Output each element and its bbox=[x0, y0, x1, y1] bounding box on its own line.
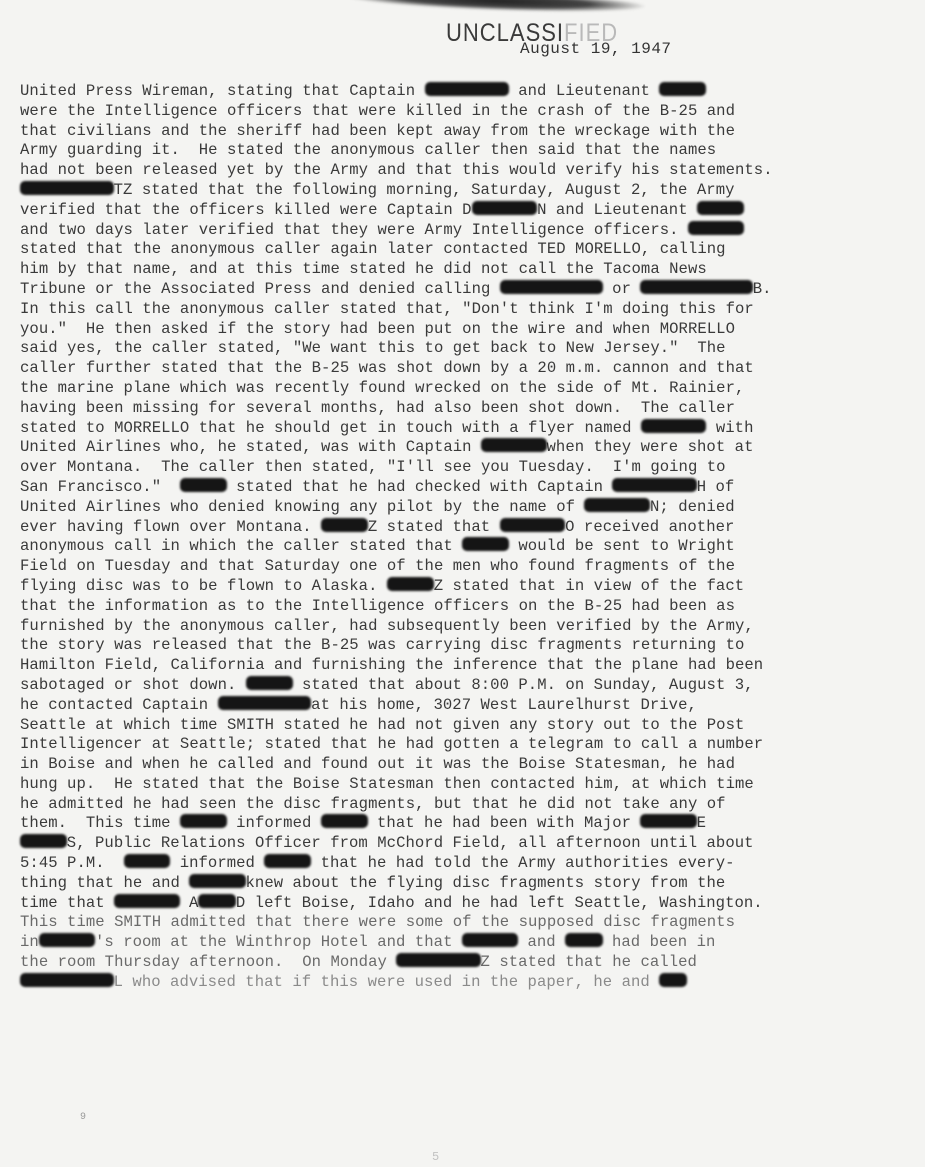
text-segment: stated to MORRELLO that he should get in… bbox=[20, 419, 641, 437]
text-segment: in Boise and when he called and found ou… bbox=[20, 755, 735, 773]
text-line: and two days later verified that they we… bbox=[20, 221, 910, 241]
text-segment: anonymous call in which the caller state… bbox=[20, 537, 462, 555]
redaction-block: xxxxx bbox=[387, 577, 434, 591]
redaction-block: xxxxx bbox=[20, 834, 67, 848]
text-line: sabotaged or shot down. xxxxx stated tha… bbox=[20, 676, 910, 696]
text-segment: B. bbox=[753, 280, 772, 298]
redaction-block: xxxxx bbox=[246, 676, 293, 690]
text-line: over Montana. The caller then stated, "I… bbox=[20, 458, 910, 478]
redaction-block: xxxxxxxxxxx bbox=[500, 280, 603, 294]
text-segment: Intelligencer at Seattle; stated that he… bbox=[20, 735, 763, 753]
text-line: anonymous call in which the caller state… bbox=[20, 537, 910, 557]
page-number: 5 bbox=[432, 1150, 439, 1164]
redaction-block: xxxxxxxxx bbox=[612, 478, 696, 492]
text-segment: Seattle at which time SMITH stated he ha… bbox=[20, 716, 744, 734]
text-line: xxxxxxxxxxTZ stated that the following m… bbox=[20, 181, 910, 201]
redaction-block: xxxxx bbox=[180, 814, 227, 828]
text-segment: knew about the flying disc fragments sto… bbox=[246, 874, 726, 892]
text-segment: A bbox=[180, 894, 199, 912]
text-segment: Z stated that bbox=[368, 518, 500, 536]
text-segment: would be sent to Wright bbox=[509, 537, 735, 555]
redaction-block: xxxxx bbox=[659, 82, 706, 96]
text-line: Hamilton Field, California and furnishin… bbox=[20, 656, 910, 676]
text-segment: hung up. He stated that the Boise States… bbox=[20, 775, 754, 793]
text-line: 5:45 P.M. xxxxx informed xxxxx that he h… bbox=[20, 854, 910, 874]
text-segment: informed bbox=[227, 814, 321, 832]
redaction-block: xxxxx bbox=[697, 201, 744, 215]
text-segment: N and Lieutenant bbox=[537, 201, 697, 219]
document-body: United Press Wireman, stating that Capta… bbox=[20, 82, 910, 993]
text-segment: United Press Wireman, stating that Capta… bbox=[20, 82, 425, 100]
text-line: inxxxxxx's room at the Winthrop Hotel an… bbox=[20, 933, 910, 953]
text-line: that civilians and the sheriff had been … bbox=[20, 122, 910, 142]
text-segment: and two days later verified that they we… bbox=[20, 221, 688, 239]
redaction-block: xxxxxx bbox=[462, 933, 518, 947]
redaction-block: xxxxxxx bbox=[584, 498, 650, 512]
redaction-block: xxxxxxx bbox=[500, 518, 566, 532]
text-segment: caller further stated that the B-25 was … bbox=[20, 359, 754, 377]
text-segment: over Montana. The caller then stated, "I… bbox=[20, 458, 726, 476]
text-line: stated to MORRELLO that he should get in… bbox=[20, 419, 910, 439]
text-segment: he contacted Captain bbox=[20, 696, 218, 714]
text-segment: that civilians and the sheriff had been … bbox=[20, 122, 735, 140]
redaction-block: xxx bbox=[659, 973, 687, 987]
text-line: thing that he and xxxxxxknew about the f… bbox=[20, 874, 910, 894]
redaction-block: xxxxxx bbox=[189, 874, 245, 888]
text-line: San Francisco." xxxxx stated that he had… bbox=[20, 478, 910, 498]
text-line: the room Thursday afternoon. On Monday x… bbox=[20, 953, 910, 973]
text-segment: In this call the anonymous caller stated… bbox=[20, 300, 754, 318]
text-line: In this call the anonymous caller stated… bbox=[20, 300, 910, 320]
footer-mark: 9 bbox=[80, 1112, 86, 1123]
text-line: Field on Tuesday and that Saturday one o… bbox=[20, 557, 910, 577]
text-line: Seattle at which time SMITH stated he ha… bbox=[20, 716, 910, 736]
text-segment: the marine plane which was recently foun… bbox=[20, 379, 744, 397]
text-segment: the story was released that the B-25 was… bbox=[20, 636, 744, 654]
text-line: This time SMITH admitted that there were… bbox=[20, 913, 910, 933]
text-line: furnished by the anonymous caller, had s… bbox=[20, 617, 910, 637]
document-date: August 19, 1947 bbox=[520, 40, 672, 58]
text-segment: Z stated that he called bbox=[481, 953, 697, 971]
redaction-block: xxxxxxxxx bbox=[425, 82, 509, 96]
text-segment: stated that about 8:00 P.M. on Sunday, A… bbox=[293, 676, 754, 694]
text-segment: 's room at the Winthrop Hotel and that bbox=[95, 933, 462, 951]
text-segment: sabotaged or shot down. bbox=[20, 676, 246, 694]
text-segment: and Lieutenant bbox=[509, 82, 660, 100]
text-segment: that he had told the Army authorities ev… bbox=[311, 854, 734, 872]
text-segment: them. This time bbox=[20, 814, 180, 832]
text-segment: and bbox=[518, 933, 565, 951]
redaction-block: xxxxx bbox=[321, 814, 368, 828]
text-line: stated that the anonymous caller again l… bbox=[20, 240, 910, 260]
text-segment: L who advised that if this were used in … bbox=[114, 973, 660, 991]
text-line: Army guarding it. He stated the anonymou… bbox=[20, 141, 910, 161]
text-segment: ever having flown over Montana. bbox=[20, 518, 321, 536]
text-line: caller further stated that the B-25 was … bbox=[20, 359, 910, 379]
text-segment: Z stated that in view of the fact bbox=[434, 577, 744, 595]
text-segment: Hamilton Field, California and furnishin… bbox=[20, 656, 763, 674]
text-segment: San Francisco." bbox=[20, 478, 180, 496]
text-segment: O received another bbox=[565, 518, 734, 536]
text-line: were the Intelligence officers that were… bbox=[20, 102, 910, 122]
text-line: United Airlines who denied knowing any p… bbox=[20, 498, 910, 518]
text-line: United Airlines who, he stated, was with… bbox=[20, 438, 910, 458]
text-segment: in bbox=[20, 933, 39, 951]
text-segment: Tribune or the Associated Press and deni… bbox=[20, 280, 500, 298]
text-segment: he admitted he had seen the disc fragmen… bbox=[20, 795, 726, 813]
redaction-block: xxxxx bbox=[462, 537, 509, 551]
text-segment: thing that he and bbox=[20, 874, 189, 892]
redaction-block: xxxxx bbox=[124, 854, 171, 868]
redaction-block: xxxxxx bbox=[640, 814, 696, 828]
redaction-block: xxxxxxxxxxxx bbox=[640, 280, 752, 294]
text-segment: United Airlines who denied knowing any p… bbox=[20, 498, 584, 516]
text-segment: informed bbox=[170, 854, 264, 872]
redaction-block: xxxxxxx bbox=[114, 894, 180, 908]
text-line: United Press Wireman, stating that Capta… bbox=[20, 82, 910, 102]
text-line: time that xxxxxxx AxxxxD left Boise, Ida… bbox=[20, 894, 910, 914]
ink-smudge bbox=[345, 0, 645, 15]
redaction-block: xxxxxxxxx bbox=[396, 953, 480, 967]
text-segment: TZ stated that the following morning, Sa… bbox=[114, 181, 735, 199]
text-segment: stated that the anonymous caller again l… bbox=[20, 240, 726, 258]
text-line: hung up. He stated that the Boise States… bbox=[20, 775, 910, 795]
text-line: said yes, the caller stated, "We want th… bbox=[20, 339, 910, 359]
text-line: them. This time xxxxx informed xxxxx tha… bbox=[20, 814, 910, 834]
redaction-block: xxxxx bbox=[180, 478, 227, 492]
text-segment: said yes, the caller stated, "We want th… bbox=[20, 339, 726, 357]
text-segment: that the information as to the Intellige… bbox=[20, 597, 735, 615]
redaction-block: xxxxxx bbox=[39, 933, 95, 947]
text-segment: at his home, 3027 West Laurelhurst Drive… bbox=[311, 696, 697, 714]
text-line: the story was released that the B-25 was… bbox=[20, 636, 910, 656]
text-segment: Field on Tuesday and that Saturday one o… bbox=[20, 557, 735, 575]
text-line: xxxxxS, Public Relations Officer from Mc… bbox=[20, 834, 910, 854]
redaction-block: xxxxxx bbox=[688, 221, 744, 235]
redaction-block: xxxx bbox=[198, 894, 235, 908]
redaction-block: xxxxx bbox=[264, 854, 311, 868]
redaction-block: xxxx bbox=[565, 933, 602, 947]
text-segment: S, Public Relations Officer from McChord… bbox=[67, 834, 754, 852]
text-segment: furnished by the anonymous caller, had s… bbox=[20, 617, 754, 635]
redaction-block: xxxxxxx bbox=[472, 201, 538, 215]
text-segment: stated that he had checked with Captain bbox=[227, 478, 613, 496]
text-segment: verified that the officers killed were C… bbox=[20, 201, 472, 219]
text-segment: with bbox=[706, 419, 753, 437]
redaction-block: xxxxxxxxxx bbox=[20, 973, 114, 987]
text-segment: Army guarding it. He stated the anonymou… bbox=[20, 141, 716, 159]
text-segment: N; denied bbox=[650, 498, 735, 516]
text-segment: or bbox=[603, 280, 641, 298]
text-segment: E bbox=[697, 814, 706, 832]
text-segment: time that bbox=[20, 894, 114, 912]
redaction-block: xxxxxxx bbox=[641, 419, 707, 433]
text-segment: D left Boise, Idaho and he had left Seat… bbox=[236, 894, 763, 912]
text-line: you." He then asked if the story had bee… bbox=[20, 320, 910, 340]
text-segment: This time SMITH admitted that there were… bbox=[20, 913, 735, 931]
text-line: flying disc was to be flown to Alaska. x… bbox=[20, 577, 910, 597]
text-line: that the information as to the Intellige… bbox=[20, 597, 910, 617]
text-line: ever having flown over Montana. xxxxxZ s… bbox=[20, 518, 910, 538]
redaction-block: xxxxx bbox=[321, 518, 368, 532]
text-line: he admitted he had seen the disc fragmen… bbox=[20, 795, 910, 815]
text-segment: were the Intelligence officers that were… bbox=[20, 102, 735, 120]
text-line: Tribune or the Associated Press and deni… bbox=[20, 280, 910, 300]
text-segment: him by that name, and at this time state… bbox=[20, 260, 707, 278]
text-line: xxxxxxxxxxL who advised that if this wer… bbox=[20, 973, 910, 993]
text-segment: the room Thursday afternoon. On Monday bbox=[20, 953, 396, 971]
text-segment: 5:45 P.M. bbox=[20, 854, 124, 872]
text-segment: having been missing for several months, … bbox=[20, 399, 735, 417]
text-segment: flying disc was to be flown to Alaska. bbox=[20, 577, 387, 595]
text-segment: had not been released yet by the Army an… bbox=[20, 161, 773, 179]
text-segment: when they were shot at bbox=[547, 438, 754, 456]
text-line: him by that name, and at this time state… bbox=[20, 260, 910, 280]
text-segment: United Airlines who, he stated, was with… bbox=[20, 438, 481, 456]
text-line: in Boise and when he called and found ou… bbox=[20, 755, 910, 775]
text-line: the marine plane which was recently foun… bbox=[20, 379, 910, 399]
text-segment: H of bbox=[697, 478, 735, 496]
text-line: had not been released yet by the Army an… bbox=[20, 161, 910, 181]
text-line: verified that the officers killed were C… bbox=[20, 201, 910, 221]
redaction-block: xxxxxxx bbox=[481, 438, 547, 452]
text-segment: you." He then asked if the story had bee… bbox=[20, 320, 735, 338]
text-segment: had been in bbox=[603, 933, 716, 951]
redaction-block: xxxxxxxxxx bbox=[20, 181, 114, 195]
redaction-block: xxxxxxxxxx bbox=[218, 696, 312, 710]
text-line: having been missing for several months, … bbox=[20, 399, 910, 419]
text-line: he contacted Captain xxxxxxxxxxat his ho… bbox=[20, 696, 910, 716]
text-line: Intelligencer at Seattle; stated that he… bbox=[20, 735, 910, 755]
text-segment: that he had been with Major bbox=[368, 814, 641, 832]
